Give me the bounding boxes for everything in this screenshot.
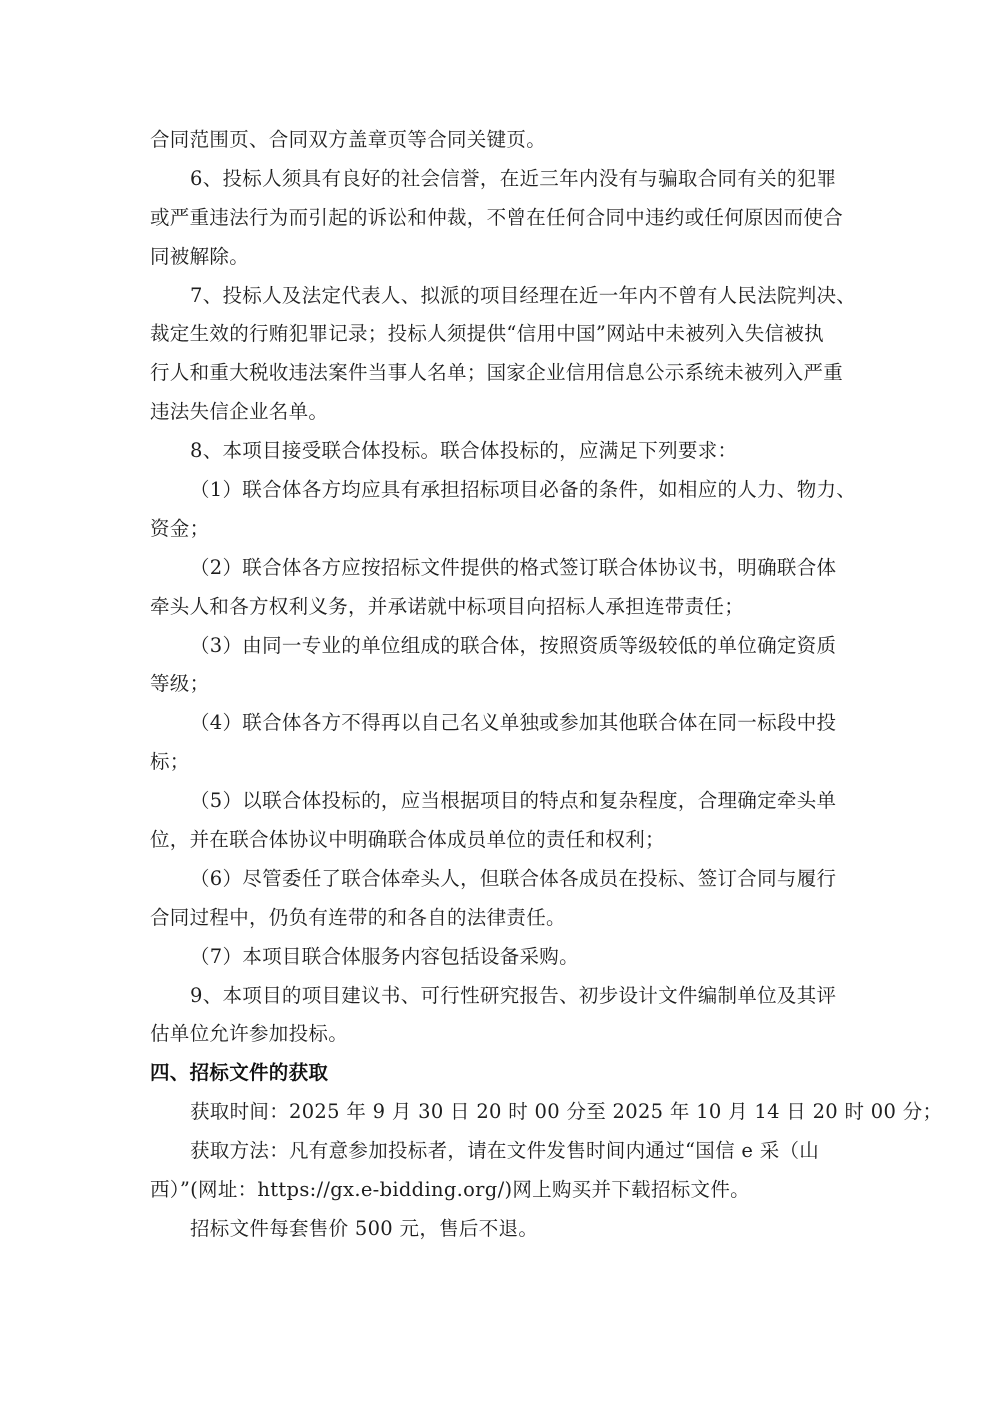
text-line: 合同范围页、合同双方盖章页等合同关键页。	[150, 121, 854, 160]
text-line: 6、投标人须具有良好的社会信誉，在近三年内没有与骗取合同有关的犯罪	[150, 160, 854, 199]
document-page: 合同范围页、合同双方盖章页等合同关键页。 6、投标人须具有良好的社会信誉，在近三…	[0, 0, 1000, 1414]
paragraph-item-6-credit-reputation: 6、投标人须具有良好的社会信誉，在近三年内没有与骗取合同有关的犯罪 或严重违法行…	[150, 160, 854, 277]
text-line: （1）联合体各方均应具有承担招标项目必备的条件，如相应的人力、物力、	[150, 471, 854, 510]
text-line: 合同过程中，仍负有连带的和各自的法律责任。	[150, 899, 854, 938]
paragraph-item-8-sub-2: （2）联合体各方应按招标文件提供的格式签订联合体协议书，明确联合体 牵头人和各方…	[150, 549, 854, 627]
paragraph-item-8-sub-7: （7）本项目联合体服务内容包括设备采购。	[150, 938, 854, 977]
acquisition-method-line: 获取方法：凡有意参加投标者，请在文件发售时间内通过“国信 e 采（山	[150, 1132, 854, 1171]
price-note: 招标文件每套售价 500 元，售后不退。	[150, 1210, 854, 1249]
paragraph-item-8-sub-5: （5）以联合体投标的，应当根据项目的特点和复杂程度，合理确定牵头单 位，并在联合…	[150, 782, 854, 860]
text-line: 裁定生效的行贿犯罪记录；投标人须提供“信用中国”网站中未被列入失信被执	[150, 315, 854, 354]
text-line: 牵头人和各方权利义务，并承诺就中标项目向招标人承担连带责任；	[150, 588, 854, 627]
section-heading: 四、招标文件的获取	[150, 1054, 854, 1093]
paragraph-item-5-continuation: 合同范围页、合同双方盖章页等合同关键页。	[150, 121, 854, 160]
text-line: 等级；	[150, 665, 854, 704]
text-line: 行人和重大税收违法案件当事人名单；国家企业信用信息公示系统未被列入严重	[150, 354, 854, 393]
document-body: 合同范围页、合同双方盖章页等合同关键页。 6、投标人须具有良好的社会信誉，在近三…	[150, 121, 854, 1249]
acquisition-time: 获取时间：2025 年 9 月 30 日 20 时 00 分至 2025 年 1…	[150, 1093, 854, 1132]
text-line: 违法失信企业名单。	[150, 393, 854, 432]
text-line: 资金；	[150, 510, 854, 549]
text-line: 8、本项目接受联合体投标。联合体投标的，应满足下列要求：	[150, 432, 854, 471]
paragraph-item-8-sub-1: （1）联合体各方均应具有承担招标项目必备的条件，如相应的人力、物力、 资金；	[150, 471, 854, 549]
text-line: 同被解除。	[150, 238, 854, 277]
paragraph-item-8-consortium: 8、本项目接受联合体投标。联合体投标的，应满足下列要求：	[150, 432, 854, 471]
paragraph-item-8-sub-6: （6）尽管委任了联合体牵头人，但联合体各成员在投标、签订合同与履行 合同过程中，…	[150, 860, 854, 938]
paragraph-item-8-sub-4: （4）联合体各方不得再以自己名义单独或参加其他联合体在同一标段中投 标；	[150, 704, 854, 782]
text-line: （4）联合体各方不得再以自己名义单独或参加其他联合体在同一标段中投	[150, 704, 854, 743]
text-line: 7、投标人及法定代表人、拟派的项目经理在近一年内不曾有人民法院判决、	[150, 277, 854, 316]
section-4-document-acquisition: 四、招标文件的获取 获取时间：2025 年 9 月 30 日 20 时 00 分…	[150, 1054, 854, 1248]
text-line: 9、本项目的项目建议书、可行性研究报告、初步设计文件编制单位及其评	[150, 977, 854, 1016]
text-line: （5）以联合体投标的，应当根据项目的特点和复杂程度，合理确定牵头单	[150, 782, 854, 821]
text-line: （7）本项目联合体服务内容包括设备采购。	[150, 938, 854, 977]
paragraph-item-7-no-bribery-record: 7、投标人及法定代表人、拟派的项目经理在近一年内不曾有人民法院判决、 裁定生效的…	[150, 277, 854, 433]
paragraph-item-8-sub-3: （3）由同一专业的单位组成的联合体，按照资质等级较低的单位确定资质 等级；	[150, 627, 854, 705]
text-line: （3）由同一专业的单位组成的联合体，按照资质等级较低的单位确定资质	[150, 627, 854, 666]
text-line: 估单位允许参加投标。	[150, 1015, 854, 1054]
paragraph-item-9-design-units: 9、本项目的项目建议书、可行性研究报告、初步设计文件编制单位及其评 估单位允许参…	[150, 977, 854, 1055]
text-line: 位，并在联合体协议中明确联合体成员单位的责任和权利；	[150, 821, 854, 860]
text-line: 或严重违法行为而引起的诉讼和仲裁，不曾在任何合同中违约或任何原因而使合	[150, 199, 854, 238]
text-line: （2）联合体各方应按招标文件提供的格式签订联合体协议书，明确联合体	[150, 549, 854, 588]
text-line: 标；	[150, 743, 854, 782]
text-line: （6）尽管委任了联合体牵头人，但联合体各成员在投标、签订合同与履行	[150, 860, 854, 899]
acquisition-method-line: 西）”(网址：https://gx.e-bidding.org/)网上购买并下载…	[150, 1171, 854, 1210]
